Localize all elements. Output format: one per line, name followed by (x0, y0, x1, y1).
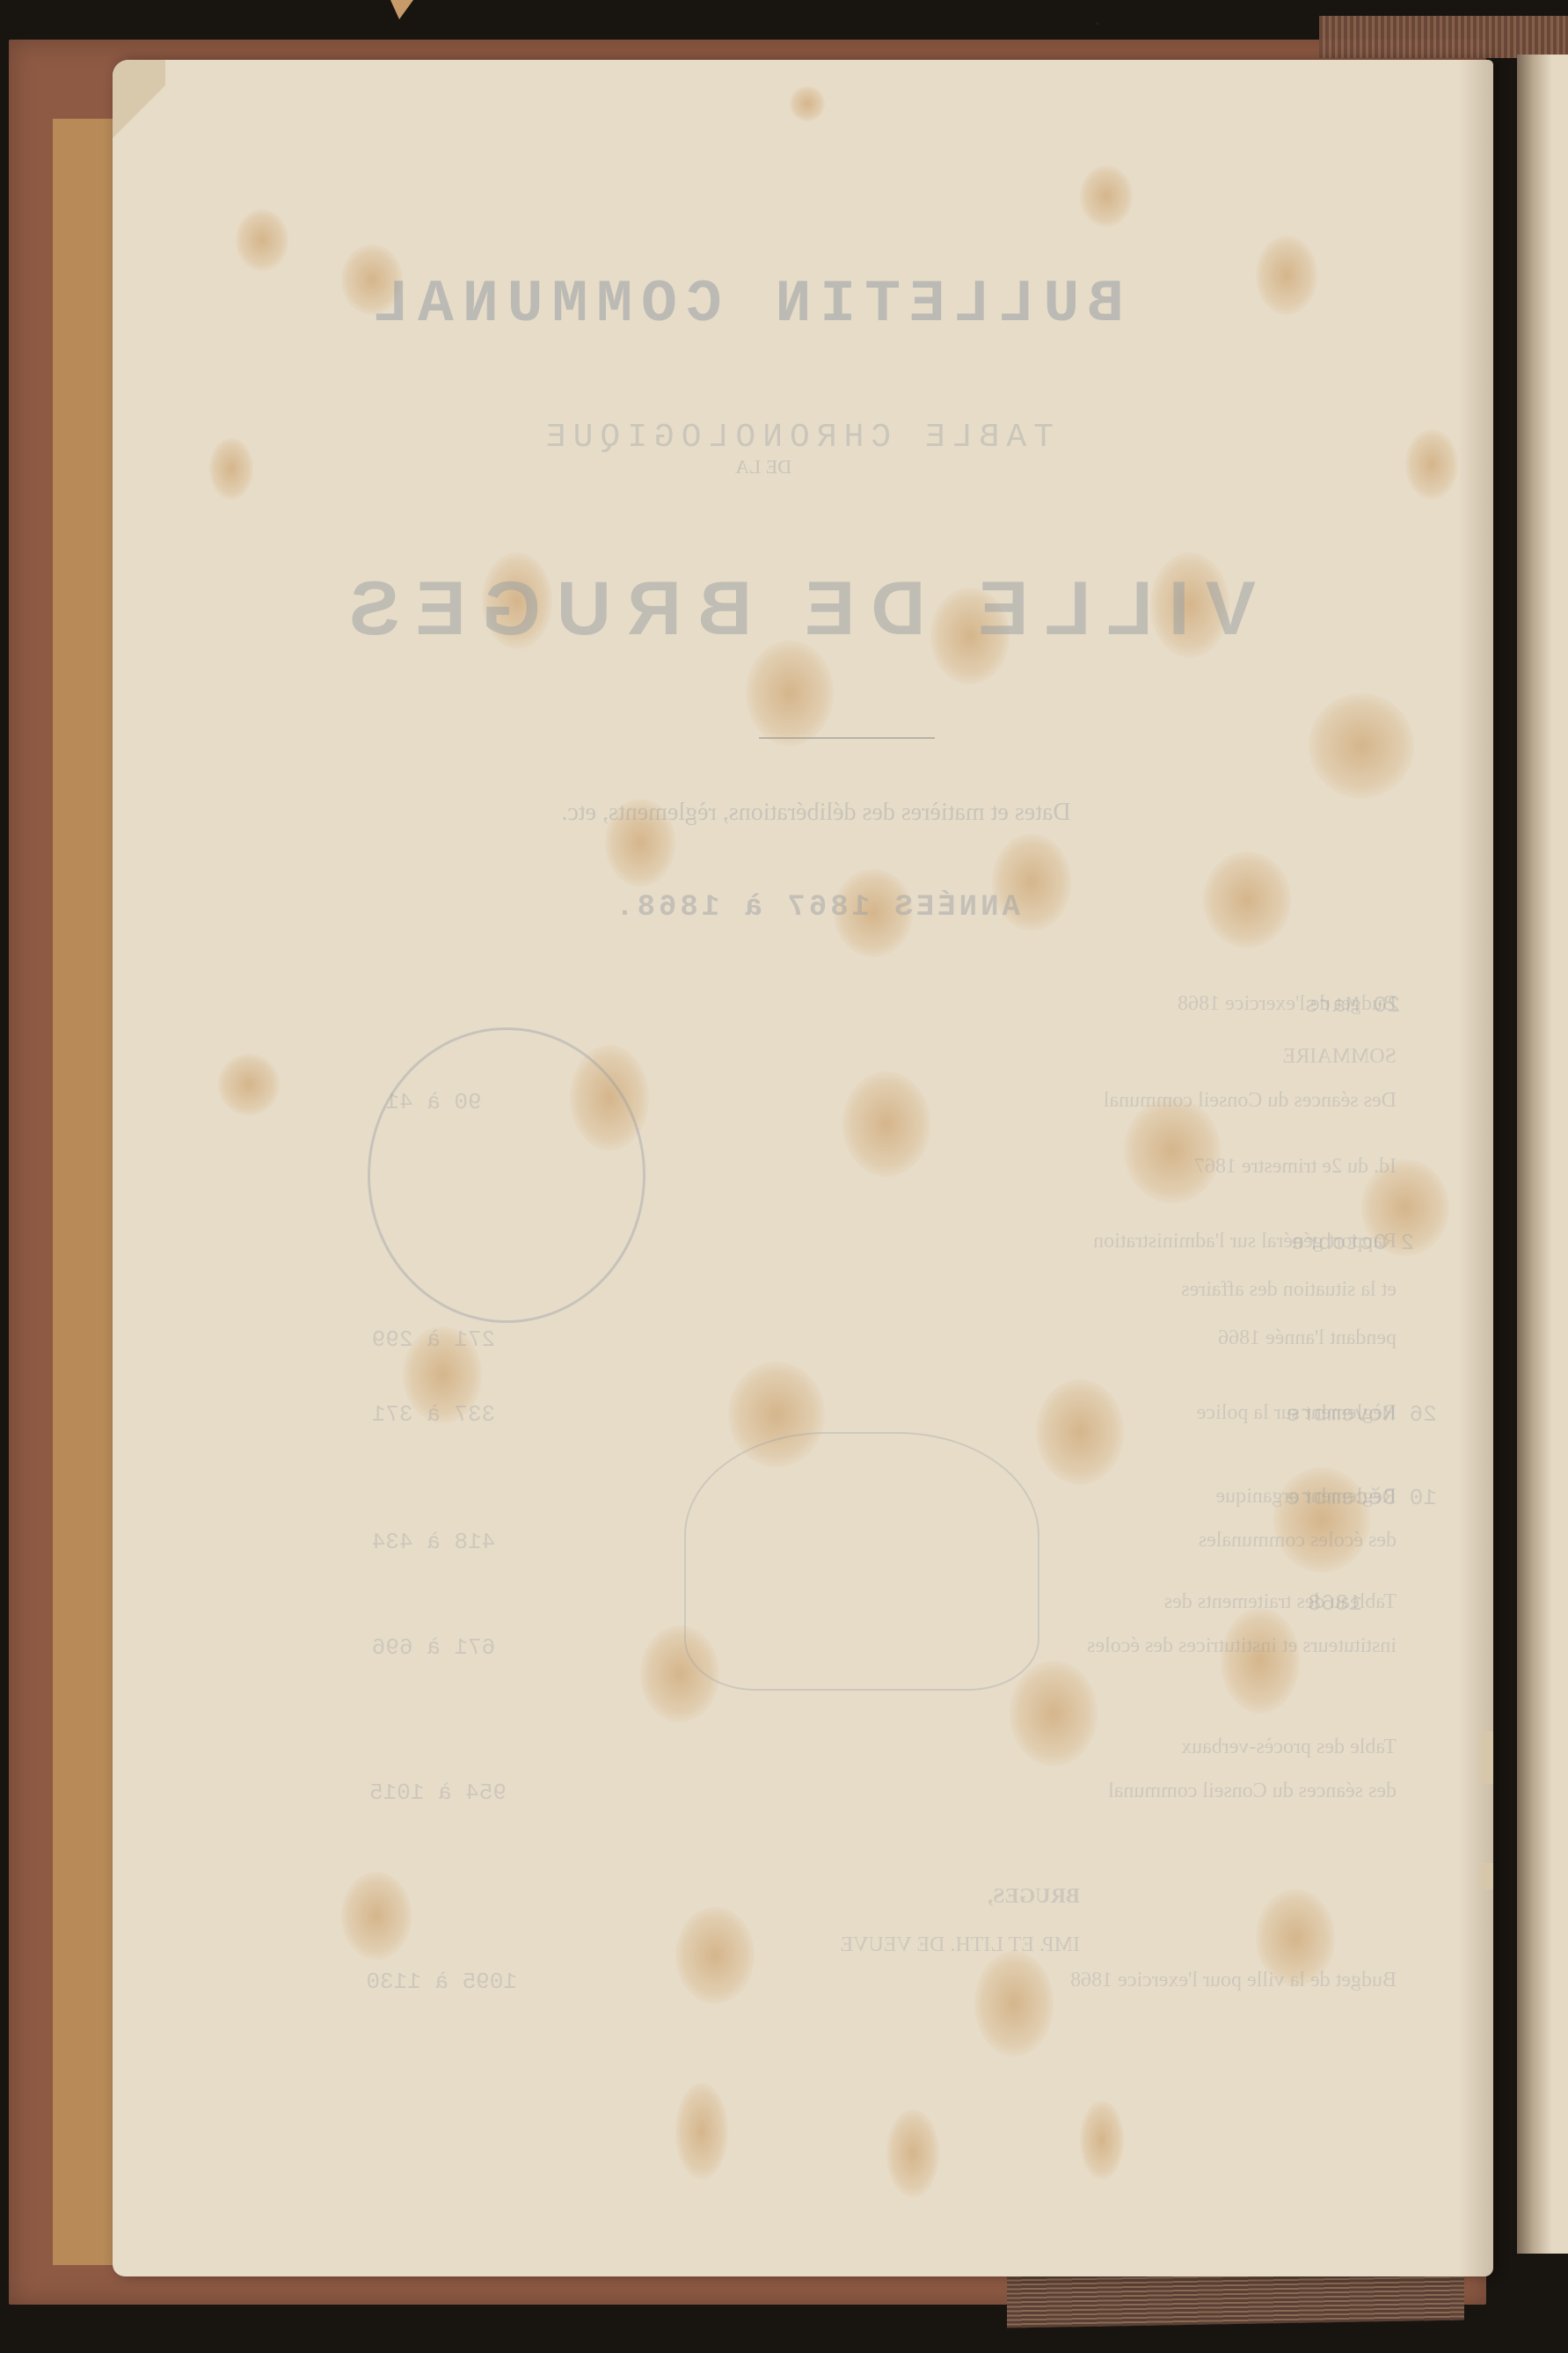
torn-edge (1481, 1863, 1493, 1889)
foxing-spot (886, 2109, 939, 2197)
ghost-row: Budget de l'exercice 1868 (376, 992, 1397, 1016)
book-page: BULLETIN COMMUNAL TABLE CHRONOLOGIQUE DE… (113, 60, 1493, 2276)
ghost-city: VILLE DE BRUGES (376, 566, 1256, 653)
ghost-subtitle: TABLE CHRONOLOGIQUE (561, 419, 1054, 457)
ghost-row: Règlement sur la police (376, 1401, 1397, 1425)
page-corner-crease (113, 60, 165, 201)
ghost-divider (759, 737, 935, 739)
foxing-spot (218, 1054, 280, 1115)
foxing-spot (675, 2083, 728, 2180)
ghost-date: 26 Novembre (1282, 1401, 1440, 1428)
foxing-spot (1080, 2101, 1124, 2180)
foxing-spot (1080, 165, 1133, 227)
ghost-imprint-city: BRUGES, (640, 1885, 1080, 1909)
library-stamp-ghost (368, 1027, 645, 1323)
ghost-date: 10 Décembre (1282, 1485, 1440, 1511)
ghost-date: 20 Mars (1282, 992, 1423, 1019)
ghost-row: pendant l'année 1866 (376, 1326, 1397, 1350)
foxing-spot (341, 1872, 412, 1960)
foxing-spot (1203, 851, 1291, 948)
ghost-amount: 271 à 299 (368, 1326, 500, 1353)
ghost-description: Dates et matières des délibérations, règ… (332, 799, 1300, 827)
foxing-spot (1405, 429, 1458, 500)
ghost-imprint-printer: IMP. ET LITH. DE VEUVE (552, 1933, 1080, 1957)
gutter-shadow (1458, 60, 1493, 2276)
ghost-amount: 1095 à 1130 (368, 1969, 517, 1995)
ghost-title: BULLETIN COMMUNAL (508, 271, 1124, 339)
foxing-spot (1036, 1379, 1124, 1485)
ghost-amount: 418 à 434 (368, 1529, 500, 1555)
ghost-row: Budget de la ville pour l'exercice 1868 (376, 1969, 1397, 1992)
cloth-spine-top (1319, 16, 1568, 58)
ghost-amount: 337 à 371 (368, 1401, 500, 1428)
ghost-amount: 954 à 1015 (368, 1779, 508, 1806)
foxing-spot (209, 438, 253, 500)
ghost-date: 2 Octobre (1282, 1230, 1423, 1256)
ghost-row: des séances du Conseil communal (376, 1779, 1397, 1803)
foxing-spot (1124, 1098, 1221, 1203)
foxing-spot (1221, 1608, 1300, 1714)
ghost-amount: 671 à 696 (368, 1634, 500, 1661)
torn-edge (1481, 1731, 1493, 1784)
ghost-connector: DE LA (693, 456, 834, 479)
foxing-spot (236, 209, 288, 271)
foxing-spot (1309, 693, 1414, 799)
ghost-years: ANNÉES 1867 à 1868. (508, 891, 1124, 924)
foxing-spot (790, 86, 825, 121)
foxing-spot (974, 1951, 1054, 2057)
foxing-spot (1256, 236, 1317, 315)
facing-page-edge (1517, 55, 1568, 2254)
ghost-row: Table des procès-verbaux (376, 1736, 1397, 1759)
printer-vignette-ghost (684, 1432, 1039, 1691)
foxing-spot (1273, 1467, 1370, 1573)
ghost-date: 1868 (1282, 1590, 1388, 1617)
foxing-spot (746, 640, 834, 746)
